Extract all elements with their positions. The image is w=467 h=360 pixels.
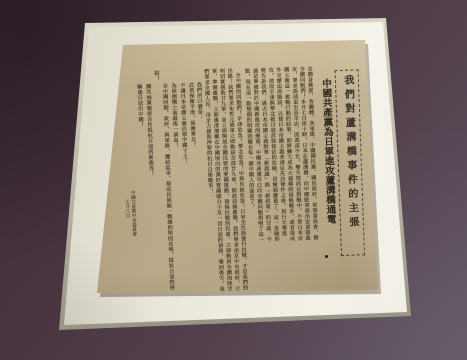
- document-text-block: 我們對蘆溝橋事件的主張 中國共產黨為日軍進攻蘆溝橋通電 全國各黨派、各團體、各軍…: [108, 54, 376, 307]
- museum-exhibit-photo: 我們對蘆溝橋事件的主張 中國共產黨為日軍進攻蘆溝橋通電 全國各黨派、各團體、各軍…: [0, 0, 467, 360]
- document-main-title: 中國共產黨為日軍進攻蘆溝橋通電: [319, 78, 335, 228]
- document-signature-block: 中國共產黨中央委員會 七月八日: [123, 190, 138, 286]
- document-side-title-box: 我們對蘆溝橋事件的主張: [335, 69, 365, 256]
- document-opening-paragraph: 全國各黨派、各團體、各軍隊、中國國民黨、國民政府、軍事委員會、暨全國同胞們！本月…: [242, 66, 318, 246]
- document-appeal-paragraph: 全中國的同胞們！平津危急！華北危急！中華民族危急！只有全民族實行抗戰，才是我們的…: [201, 67, 248, 292]
